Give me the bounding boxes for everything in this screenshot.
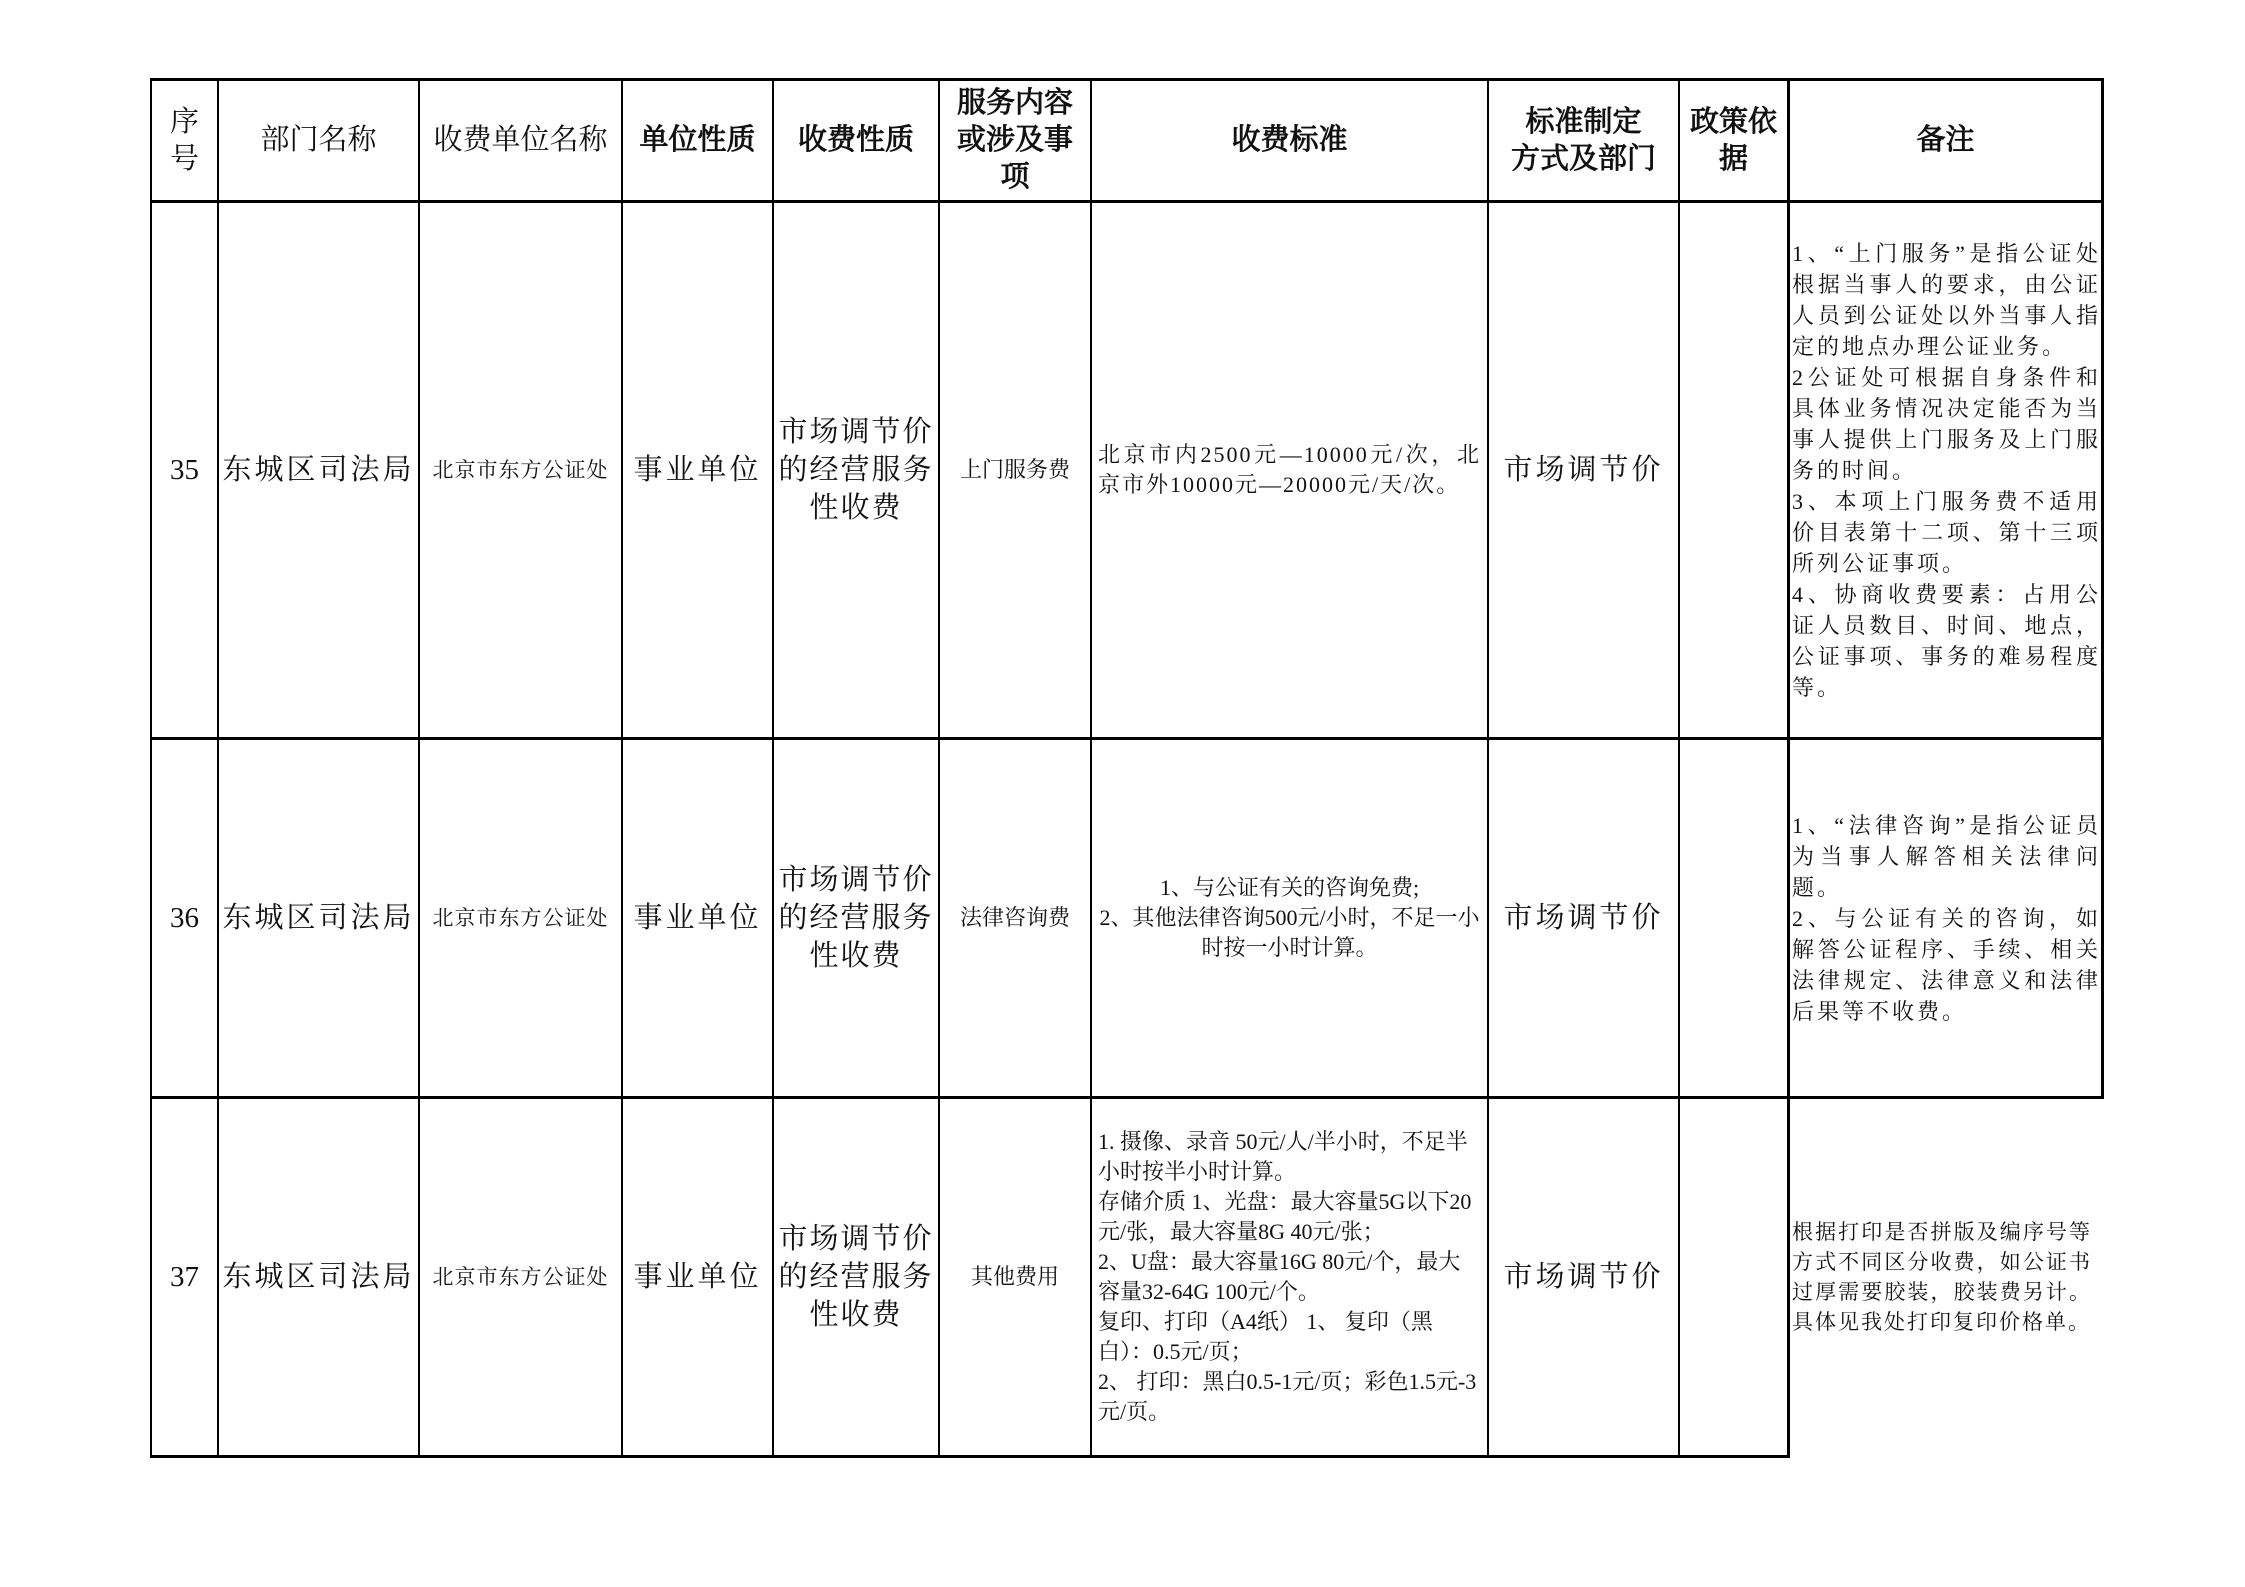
row-35-dept: 东城区司法局 — [219, 203, 418, 737]
header-method: 标准制定 方式及部门 — [1489, 81, 1678, 200]
row-37-service: 其他费用 — [940, 1099, 1090, 1455]
header-unit-nature: 单位性质 — [623, 81, 772, 200]
row-37-standard: 1. 摄像、录音 50元/人/半小时，不足半小时按半小时计算。 存储介质 1、光… — [1094, 1099, 1485, 1455]
col-border-10 — [2101, 78, 2104, 1099]
header-dept: 部门名称 — [219, 81, 418, 200]
row-35-remarks: 1、“上门服务”是指公证处根据当事人的要求，由公证人员到公证处以外当事人指定的地… — [1792, 203, 2101, 737]
row-36-method: 市场调节价 — [1489, 740, 1678, 1096]
row-37-unit: 北京市东方公证处 — [420, 1099, 621, 1455]
row-36-dept: 东城区司法局 — [219, 740, 418, 1096]
row-36-seq: 36 — [152, 740, 217, 1096]
col-border-6 — [1090, 78, 1092, 1458]
row-36-policy — [1680, 740, 1787, 1096]
header-policy: 政策依 据 — [1680, 81, 1787, 200]
row-35-seq: 35 — [152, 203, 217, 737]
row-37-fee-nature: 市场调节价 的经营服务 性收费 — [774, 1099, 938, 1455]
header-service: 服务内容 或涉及事 项 — [940, 81, 1090, 200]
row-35-unit: 北京市东方公证处 — [420, 203, 621, 737]
row-36-service: 法律咨询费 — [940, 740, 1090, 1096]
row-36-fee-nature: 市场调节价 的经营服务 性收费 — [774, 740, 938, 1096]
row-35-method: 市场调节价 — [1489, 203, 1678, 737]
row-37-remarks: 根据打印是否拼版及编序号等方式不同区分收费，如公证书过厚需要胶装，胶装费另计。具… — [1792, 1099, 2092, 1455]
header-remarks: 备注 — [1790, 81, 2101, 200]
row-37-seq: 37 — [152, 1099, 217, 1455]
col-border-9 — [1787, 78, 1790, 1458]
row-35-service: 上门服务费 — [940, 203, 1090, 737]
row-37-bottom-border — [150, 1455, 1789, 1458]
header-fee-nature: 收费性质 — [774, 81, 938, 200]
header-unit: 收费单位名称 — [420, 81, 621, 200]
header-seq: 序 号 — [152, 81, 217, 200]
row-35-policy — [1680, 203, 1787, 737]
header-standard: 收费标准 — [1092, 81, 1487, 200]
row-37-dept: 东城区司法局 — [219, 1099, 418, 1455]
row-36-unit: 北京市东方公证处 — [420, 740, 621, 1096]
row-35-standard: 北京市内2500元—10000元/次，北京市外10000元—20000元/天/次… — [1094, 203, 1485, 737]
row-37-policy — [1680, 1099, 1787, 1455]
fee-table-page: 序 号 部门名称 收费单位名称 单位性质 收费性质 服务内容 或涉及事 项 收费… — [0, 0, 2245, 1587]
row-35-fee-nature: 市场调节价 的经营服务 性收费 — [774, 203, 938, 737]
row-37-method: 市场调节价 — [1489, 1099, 1678, 1455]
row-36-standard: 1、与公证有关的咨询免费; 2、其他法律咨询500元/小时，不足一小时按一小时计… — [1094, 740, 1485, 1096]
row-35-unit-nature: 事业单位 — [623, 203, 772, 737]
row-37-unit-nature: 事业单位 — [623, 1099, 772, 1455]
row-36-unit-nature: 事业单位 — [623, 740, 772, 1096]
row-36-remarks: 1、“法律咨询”是指公证员为当事人解答相关法律问题。 2、与公证有关的咨询，如解… — [1792, 740, 2101, 1096]
